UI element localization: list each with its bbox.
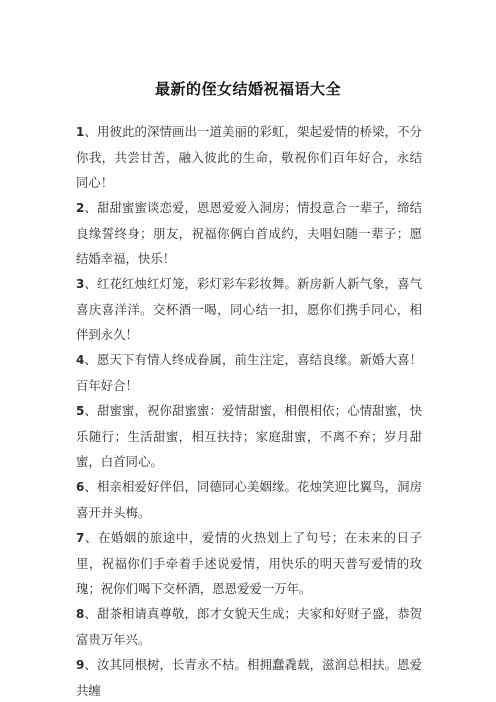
- document-title: 最新的侄女结婚祝福语大全: [0, 79, 496, 99]
- paragraph-1: 1、用彼此的深情画出一道美丽的彩虹，架起爱情的桥梁，不分你我，共尝甘苦，融入彼此…: [76, 119, 422, 195]
- paragraph-text: 、红花红烛红灯笼，彩灯彩车彩妆舞。新房新人新气象，喜气喜庆喜洋洋。交杯酒一喝，同…: [76, 276, 422, 342]
- paragraph-2: 2、甜甜蜜蜜谈恋爱，恩恩爱爱入洞房；情投意合一辈子，缔结良缘誓终身；朋友，祝福你…: [76, 195, 422, 271]
- paragraph-3: 3、红花红烛红灯笼，彩灯彩车彩妆舞。新房新人新气象，喜气喜庆喜洋洋。交杯酒一喝，…: [76, 271, 422, 347]
- paragraph-text: 、甜甜蜜蜜谈恋爱，恩恩爱爱入洞房；情投意合一辈子，缔结良缘誓终身；朋友，祝福你俩…: [76, 200, 422, 266]
- paragraph-4: 4、愿天下有情人终成眷属，前生注定，喜结良缘。新婚大喜！百年好合！: [76, 347, 422, 398]
- document-page: 最新的侄女结婚祝福语大全 1、用彼此的深情画出一道美丽的彩虹，架起爱情的桥梁，不…: [0, 0, 496, 702]
- paragraph-text: 、在婚姻的旅途中，爱情的火热划上了句号；在未来的日子里，祝福你们手牵着手述说爱情…: [76, 530, 422, 596]
- paragraph-9: 9、汝其同根树，长青永不枯。相拥蠢毳载，滋润总相扶。恩爱共缠: [76, 652, 422, 702]
- paragraph-text: 、用彼此的深情画出一道美丽的彩虹，架起爱情的桥梁，不分你我，共尝甘苦，融入彼此的…: [76, 124, 422, 190]
- paragraph-text: 、愿天下有情人终成眷属，前生注定，喜结良缘。新婚大喜！百年好合！: [76, 352, 422, 393]
- document-body: 1、用彼此的深情画出一道美丽的彩虹，架起爱情的桥梁，不分你我，共尝甘苦，融入彼此…: [76, 119, 422, 702]
- paragraph-5: 5、甜蜜蜜，祝你甜蜜蜜：爱情甜蜜，相偎相依；心情甜蜜，快乐随行；生活甜蜜，相互扶…: [76, 398, 422, 474]
- paragraph-text: 、相亲相爱好伴侣，同德同心美姻缘。花烛笑迎比翼鸟，洞房喜开并头梅。: [76, 479, 422, 520]
- paragraph-text: 、甜蜜蜜，祝你甜蜜蜜：爱情甜蜜，相偎相依；心情甜蜜，快乐随行；生活甜蜜，相互扶持…: [76, 403, 422, 469]
- paragraph-6: 6、相亲相爱好伴侣，同德同心美姻缘。花烛笑迎比翼鸟，洞房喜开并头梅。: [76, 474, 422, 525]
- paragraph-text: 、甜茶相请真尊敬，郎才女貌天生成；夫家和好财子盛，恭贺富贵万年兴。: [76, 606, 422, 647]
- paragraph-8: 8、甜茶相请真尊敬，郎才女貌天生成；夫家和好财子盛，恭贺富贵万年兴。: [76, 601, 422, 652]
- paragraph-text: 、汝其同根树，长青永不枯。相拥蠢毳载，滋润总相扶。恩爱共缠: [76, 657, 422, 698]
- paragraph-7: 7、在婚姻的旅途中，爱情的火热划上了句号；在未来的日子里，祝福你们手牵着手述说爱…: [76, 525, 422, 601]
